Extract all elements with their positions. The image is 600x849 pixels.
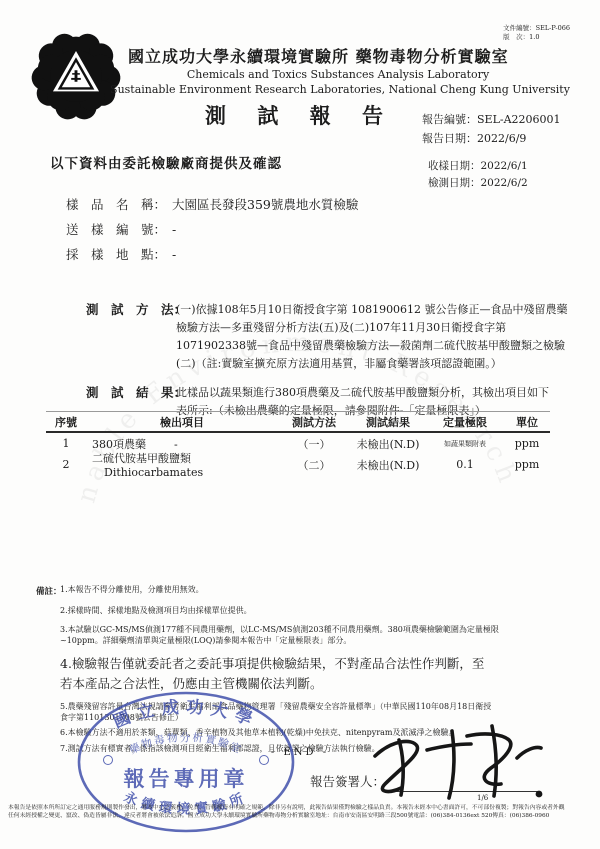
footer-line1: 本報告是依照本所所訂定之通用服務規則製作發出，將本中心之義務、免責、管轄權皆有明… bbox=[8, 804, 594, 812]
col-header-loq: 定量極限 bbox=[426, 414, 504, 430]
sample-name-row: 樣 品 名 稱：大園區長發段359號農地水質檢驗 bbox=[66, 192, 358, 217]
document-number: 文件編號：SEL-P-066 bbox=[503, 24, 570, 33]
sample-name-label: 樣 品 名 稱： bbox=[66, 197, 166, 212]
signature-handwriting bbox=[352, 720, 557, 808]
row-item: 二硫代胺基甲酸鹽類Dithiocarbamates bbox=[86, 450, 278, 479]
col-header-unit: 單位 bbox=[504, 414, 550, 430]
sample-site-row: 採 樣 地 點：- bbox=[66, 242, 358, 267]
results-table: 序號 檢出項目 測試方法 測試結果 定量極限 單位 1 380項農藥- （一） … bbox=[46, 411, 550, 475]
sample-info: 樣 品 名 稱：大園區長發段359號農地水質檢驗 送 樣 編 號：- 採 樣 地… bbox=[66, 192, 358, 267]
report-date: 報告日期：2022/6/9 bbox=[422, 129, 561, 148]
sample-dates: 收樣日期：2022/6/1 檢測日期：2022/6/2 bbox=[428, 158, 528, 192]
stamp-center-text: 報告專用章 bbox=[124, 766, 249, 791]
row-result: 未檢出(N.D) bbox=[350, 436, 426, 452]
document-meta: 文件編號：SEL-P-066 版 次：1.0 bbox=[503, 24, 570, 42]
row-loq: 0.1 bbox=[426, 458, 504, 471]
sample-no-label: 送 樣 編 號： bbox=[66, 222, 166, 237]
row-no: 1 bbox=[46, 437, 86, 450]
sample-name-value: 大園區長發段359號農地水質檢驗 bbox=[172, 197, 358, 212]
report-page: 文件編號：SEL-P-066 版 次：1.0 bbox=[0, 0, 600, 849]
org-title-en1: Chemicals and Toxics Substances Analysis… bbox=[128, 68, 548, 81]
row-method: （一） bbox=[278, 436, 350, 452]
row-result: 未檢出(N.D) bbox=[350, 457, 426, 473]
report-number: 報告編號：SEL-A2206001 bbox=[422, 110, 561, 129]
received-date: 收樣日期：2022/6/1 bbox=[428, 158, 528, 175]
footer-line2: 任何未經授權之變更、竄改、偽造皆屬非法，違反者將會被依法追訴。國立成功大學永續環… bbox=[8, 812, 594, 820]
sample-site-label: 採 樣 地 點： bbox=[66, 247, 166, 262]
col-header-item: 檢出項目 bbox=[86, 414, 278, 430]
footer-disclaimer: 本報告是依照本所所訂定之通用服務規則製作發出，將本中心之義務、免責、管轄權皆有明… bbox=[8, 804, 594, 820]
sample-no-value: - bbox=[172, 222, 176, 237]
row-unit: ppm bbox=[504, 437, 550, 450]
note-item-emphasized: 4.檢驗報告僅就委託者之委託事項提供檢驗結果，不對產品合法性作判斷，至 若本產品… bbox=[60, 654, 572, 693]
report-meta: 報告編號：SEL-A2206001 報告日期：2022/6/9 bbox=[422, 110, 561, 148]
row-loq: 如蔬果類附表 bbox=[426, 439, 504, 449]
notes-label: 備註： bbox=[36, 585, 62, 597]
method-label: 測 試 方 法： bbox=[86, 300, 186, 318]
org-title-en2: Sustainable Environment Research Laborat… bbox=[110, 83, 570, 96]
method-text: (一)依據108年5月10日衛授食字第 1081900612 號公告修正—食品中… bbox=[176, 301, 574, 373]
org-title-cn: 國立成功大學永續環境實驗所 藥物毒物分析實驗室 bbox=[128, 44, 509, 67]
table-row: 2 二硫代胺基甲酸鹽類Dithiocarbamates （二） 未檢出(N.D)… bbox=[46, 454, 550, 475]
tested-date: 檢測日期：2022/6/2 bbox=[428, 175, 528, 192]
col-header-result: 測試結果 bbox=[350, 414, 426, 430]
note-item: 2.採樣時間、採樣地點及檢測項目均由採樣單位提供。 bbox=[60, 606, 572, 617]
col-header-method: 測試方法 bbox=[278, 414, 350, 430]
document-version: 版 次：1.0 bbox=[503, 33, 570, 42]
note-item: 3.本試驗以GC-MS/MS偵測177種不同農用藥劑，以LC-MS/MS偵測20… bbox=[60, 625, 572, 646]
confirmation-line: 以下資料由委託檢驗廠商提供及確認 bbox=[50, 152, 282, 172]
row-method: （二） bbox=[278, 457, 350, 473]
col-header-no: 序號 bbox=[46, 414, 86, 430]
sample-site-value: - bbox=[172, 247, 176, 262]
result-label: 測 試 結 果： bbox=[86, 383, 186, 401]
row-no: 2 bbox=[46, 458, 86, 471]
table-header-row: 序號 檢出項目 測試方法 測試結果 定量極限 單位 bbox=[46, 412, 550, 433]
sample-no-row: 送 樣 編 號：- bbox=[66, 217, 358, 242]
row-unit: ppm bbox=[504, 458, 550, 471]
note-item: 1.本報告不得分離使用，分離使用無效。 bbox=[60, 585, 572, 596]
